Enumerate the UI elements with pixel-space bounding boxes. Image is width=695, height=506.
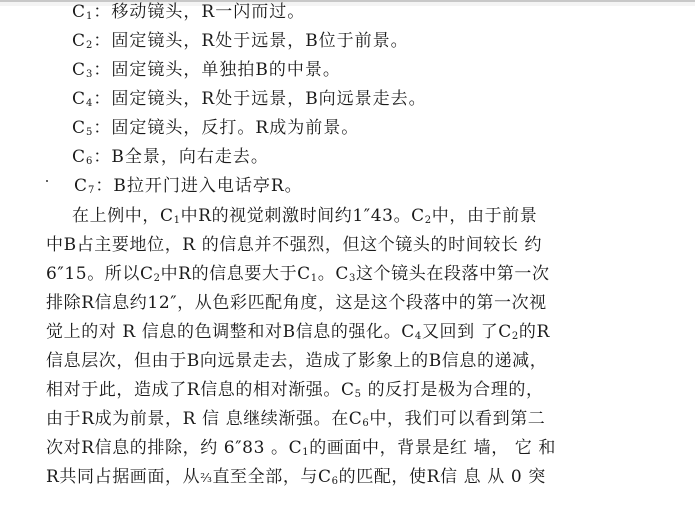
shot-item-c5: C5：固定镜头，反打。R成为前景。 <box>72 117 359 139</box>
text-run: 6″15。所以C <box>46 264 154 284</box>
subscript: 2 <box>425 215 432 226</box>
text-run: 又回到 了C <box>422 322 512 342</box>
shot-separator: ： <box>93 89 111 109</box>
shot-separator: ： <box>93 118 111 138</box>
paragraph-line-9: 次对R信息的排除，约 6″83 。C1的画面中，背景是红 墙， 它 和 <box>46 437 556 459</box>
shot-label: C <box>72 2 86 22</box>
paragraph-line-1: 在上例中，C1中R的视觉刺激时间约1″43。C2中，由于前景 <box>72 205 537 227</box>
paragraph-line-3: 6″15。所以C2中R的信息要大于C1。C3这个镜头在段落中第一次 <box>46 263 550 285</box>
paragraph-line-5: 觉上的对 R 信息的色调整和对B信息的强化。C4又回到 了C2的R <box>46 321 550 343</box>
shot-separator: ： <box>95 176 113 196</box>
shot-item-c4: C4：固定镜头，R处于远景，B向远景走去。 <box>72 88 427 110</box>
shot-separator: ： <box>93 147 111 167</box>
shot-label: C <box>72 31 86 51</box>
shot-label: C <box>72 60 86 80</box>
shot-text: 移动镜头，R一闪而过。 <box>111 2 305 22</box>
subscript: 2 <box>512 331 519 342</box>
shot-item-c6: C6：B全景，向右走去。 <box>72 146 269 168</box>
paragraph-line-4: 排除R信息约12″，从色彩匹配角度，这是这个段落中的第一次视 <box>46 292 547 314</box>
paragraph-line-6: 信息层次，但由于B向远景走去，造成了影象上的B信息的递减， <box>46 350 547 372</box>
text-run: 的反打是极为合理的， <box>362 380 544 400</box>
subscript: 3 <box>349 273 356 284</box>
document-page: C1：移动镜头，R一闪而过。 C2：固定镜头，R处于远景，B位于前景。 C3：固… <box>0 0 695 506</box>
shot-label: C <box>74 176 88 196</box>
subscript: 1 <box>174 215 181 226</box>
text-run: 的R <box>519 322 550 342</box>
shot-text: B全景，向右走去。 <box>111 147 269 167</box>
text-run: 次对R信息的排除，约 6″83 。C <box>46 438 302 458</box>
shot-text: 固定镜头，R处于远景，B向远景走去。 <box>111 89 426 109</box>
shot-item-c1: C1：移动镜头，R一闪而过。 <box>72 1 305 23</box>
text-run: 中R的信息要大于C <box>161 264 311 284</box>
shot-separator: ： <box>93 60 111 80</box>
shot-text: 固定镜头，R处于远景，B位于前景。 <box>111 31 408 51</box>
text-run: 中R的视觉刺激时间约1″43。C <box>181 206 425 226</box>
text-run: 直至全部，与C <box>212 467 331 487</box>
text-run: 。C <box>318 264 349 284</box>
paragraph-line-2: 中B占主要地位，R 的信息并不强烈，但这个镜头的时间较长 约 <box>46 234 542 256</box>
shot-item-c7: C7：B拉开门进入电话亭R。 <box>74 175 303 197</box>
subscript: 2 <box>154 273 161 284</box>
shot-text: 固定镜头，单独拍B的中景。 <box>111 60 341 80</box>
text-run: 的画面中，背景是红 墙， 它 和 <box>309 438 556 458</box>
fraction: ⅔ <box>200 471 212 485</box>
text-run: 的匹配，使R信 息 从 0 突 <box>339 467 546 487</box>
shot-separator: ： <box>93 2 111 22</box>
shot-item-c3: C3：固定镜头，单独拍B的中景。 <box>72 59 341 81</box>
subscript: 1 <box>311 273 318 284</box>
shot-text: B拉开门进入电话亭R。 <box>113 176 302 196</box>
subscript: 6 <box>332 476 339 487</box>
shot-text: 固定镜头，反打。R成为前景。 <box>111 118 359 138</box>
text-run: 中，由于前景 <box>432 206 538 226</box>
text-run: 觉上的对 R 信息的色调整和对B信息的强化。C <box>46 322 415 342</box>
subscript: 4 <box>415 331 422 342</box>
text-run: 中，我们可以看到第二 <box>369 409 545 429</box>
text-run: 中B占主要地位，R 的信息并不强烈，但这个镜头的时间较长 约 <box>46 235 542 255</box>
shot-label: C <box>72 89 86 109</box>
shot-separator: ： <box>93 31 111 51</box>
text-run: 由于R成为前景，R 信 息继续渐强。在C <box>46 409 362 429</box>
stray-dot-mark <box>46 180 48 182</box>
text-run: 排除R信息约12″，从色彩匹配角度，这是这个段落中的第一次视 <box>46 293 547 313</box>
text-run: 在上例中，C <box>72 206 174 226</box>
paragraph-line-8: 由于R成为前景，R 信 息继续渐强。在C6中，我们可以看到第二 <box>46 408 545 430</box>
paragraph-line-7: 相对于此，造成了R信息的相对渐强。C5 的反打是极为合理的， <box>46 379 544 401</box>
text-run: R共同占据画面，从 <box>46 467 200 487</box>
text-run: 信息层次，但由于B向远景走去，造成了影象上的B信息的递减， <box>46 351 547 371</box>
shot-item-c2: C2：固定镜头，R处于远景，B位于前景。 <box>72 30 409 52</box>
text-run: 相对于此，造成了R信息的相对渐强。C <box>46 380 355 400</box>
text-run: 这个镜头在段落中第一次 <box>356 264 550 284</box>
subscript: 5 <box>355 389 362 400</box>
paragraph-line-10: R共同占据画面，从⅔直至全部，与C6的匹配，使R信 息 从 0 突 <box>46 466 546 489</box>
shot-label: C <box>72 147 86 167</box>
shot-label: C <box>72 118 86 138</box>
